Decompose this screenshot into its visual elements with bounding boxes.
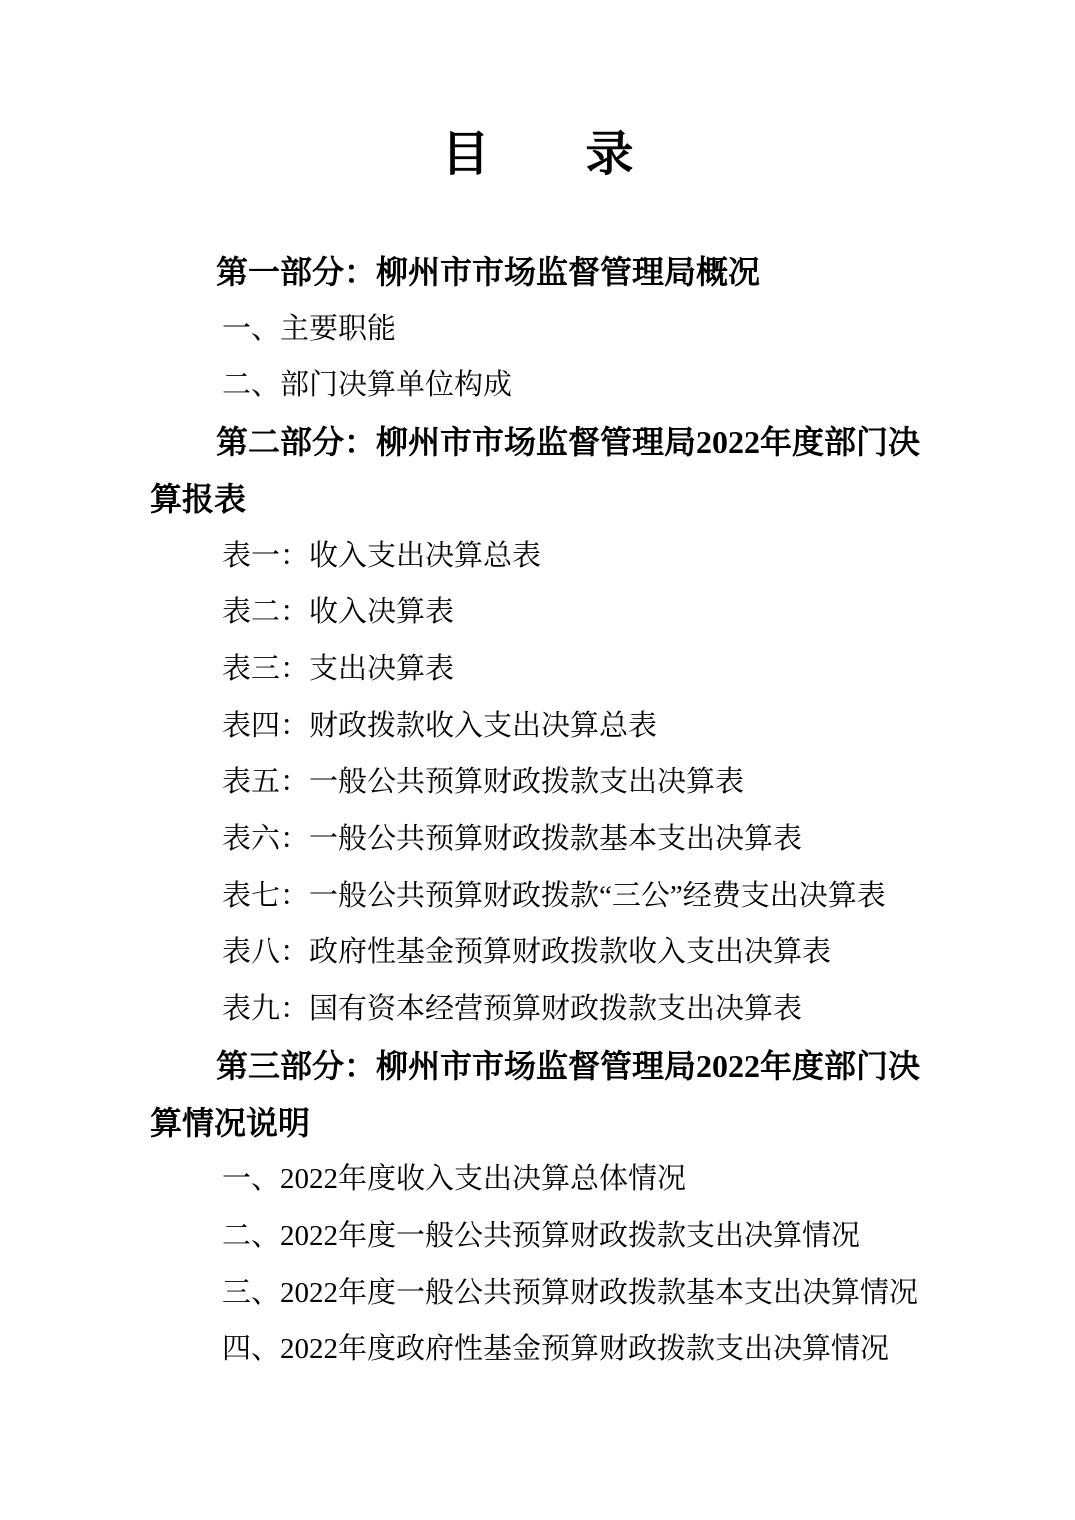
toc-item-table-6: 表六：一般公共预算财政拨款基本支出决算表 bbox=[150, 811, 925, 868]
toc-item-main-functions: 一、主要职能 bbox=[150, 301, 925, 358]
toc-item-note-4: 四、2022年度政府性基金预算财政拨款支出决算情况 bbox=[150, 1321, 925, 1378]
toc-item-note-3: 三、2022年度一般公共预算财政拨款基本支出决算情况 bbox=[150, 1265, 925, 1322]
toc-item-table-4: 表四：财政拨款收入支出决算总表 bbox=[150, 698, 925, 755]
document-title: 目 录 bbox=[150, 0, 925, 184]
toc-heading-part-2: 第二部分：柳州市市场监督管理局2022年度部门决算报表 bbox=[150, 414, 925, 527]
toc-item-table-1: 表一：收入支出决算总表 bbox=[150, 528, 925, 585]
toc-item-table-5: 表五：一般公共预算财政拨款支出决算表 bbox=[150, 754, 925, 811]
toc-item-table-9: 表九：国有资本经营预算财政拨款支出决算表 bbox=[150, 981, 925, 1038]
toc-item-note-1: 一、2022年度收入支出决算总体情况 bbox=[150, 1151, 925, 1208]
toc-item-table-8: 表八：政府性基金预算财政拨款收入支出决算表 bbox=[150, 924, 925, 981]
toc-heading-part-3: 第三部分：柳州市市场监督管理局2022年度部门决算情况说明 bbox=[150, 1038, 925, 1151]
table-of-contents: 第一部分：柳州市市场监督管理局概况 一、主要职能 二、部门决算单位构成 第二部分… bbox=[150, 244, 925, 1378]
toc-item-unit-composition: 二、部门决算单位构成 bbox=[150, 357, 925, 414]
document-page: 目 录 第一部分：柳州市市场监督管理局概况 一、主要职能 二、部门决算单位构成 … bbox=[0, 0, 1075, 1520]
toc-item-table-3: 表三：支出决算表 bbox=[150, 641, 925, 698]
toc-item-note-2: 二、2022年度一般公共预算财政拨款支出决算情况 bbox=[150, 1208, 925, 1265]
toc-item-table-7: 表七：一般公共预算财政拨款“三公”经费支出决算表 bbox=[150, 868, 925, 925]
toc-item-table-2: 表二：收入决算表 bbox=[150, 584, 925, 641]
toc-heading-part-1: 第一部分：柳州市市场监督管理局概况 bbox=[150, 244, 925, 301]
